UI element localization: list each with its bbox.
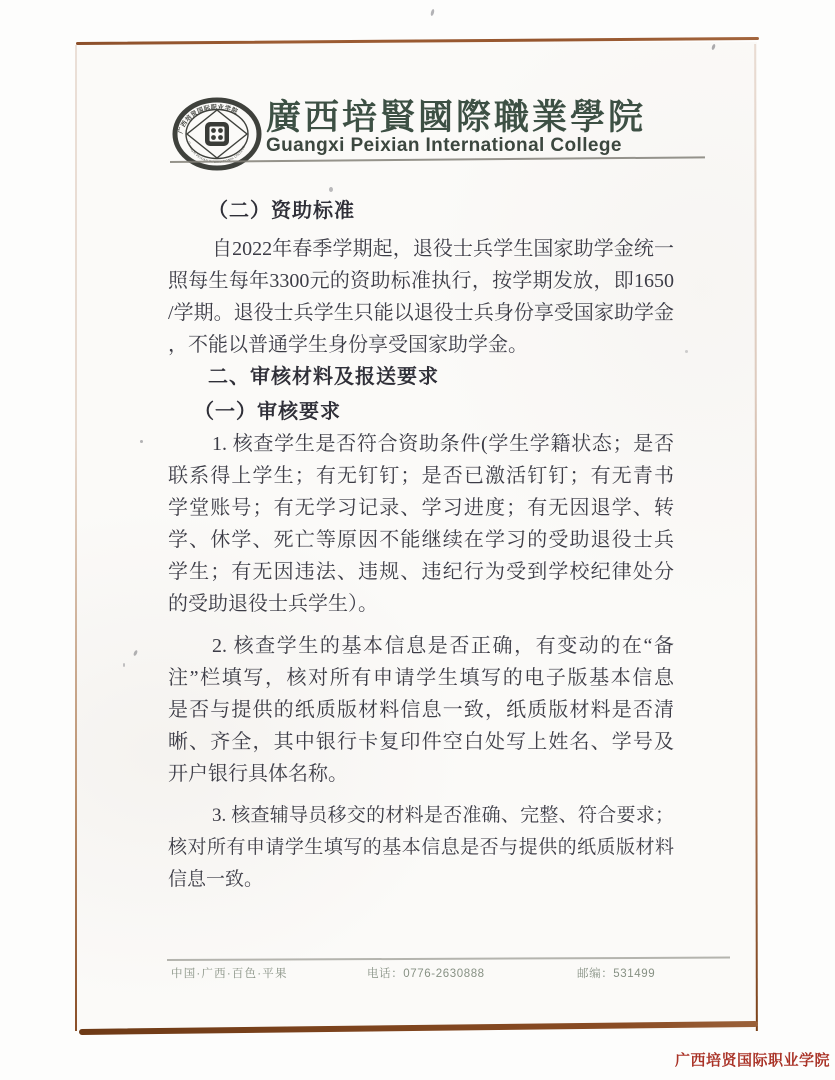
doc-line: 开户银行具体名称。 <box>168 758 674 790</box>
scan-speck <box>685 350 688 353</box>
doc-line: 信息一致。 <box>168 864 674 896</box>
document-body: （二）资助标准 自2022年春季学期起，退役士兵学生国家助学金统一按 照每生每年… <box>168 195 674 896</box>
doc-line: 核对所有申请学生填写的基本信息是否与提供的纸质版材料 <box>168 832 674 864</box>
footer-postcode: 邮编：531499 <box>577 965 655 981</box>
doc-line: 注”栏填写，核对所有申请学生填写的电子版基本信息 <box>168 662 674 694</box>
section-heading-review-requirements: （一）审核要求 <box>168 396 674 428</box>
college-name-en: Guangxi Peixian International College <box>266 135 666 157</box>
doc-line: 是否与提供的纸质版材料信息一致，纸质版材料是否清 <box>168 694 674 726</box>
doc-line: 自2022年春季学期起，退役士兵学生国家助学金统一按 <box>168 233 674 265</box>
doc-line: 学堂账号；有无学习记录、学习进度；有无因退学、转 <box>168 492 674 524</box>
section-heading-review-materials: 二、审核材料及报送要求 <box>168 361 674 393</box>
scan-speck <box>430 9 435 17</box>
section-heading-subsidy-standard: （二）资助标准 <box>168 195 674 227</box>
doc-line: 学生；有无因违法、违规、违纪行为受到学校纪律处分 <box>168 556 674 588</box>
scan-speck <box>123 663 125 667</box>
doc-line: 晰、齐全，其中银行卡复印件空白处写上姓名、学号及 <box>168 726 674 758</box>
doc-line: 2. 核查学生的基本信息是否正确，有变动的在“备 <box>168 630 674 662</box>
doc-line: /学期。退役士兵学生只能以退役士兵身份享受国家助学金 <box>168 297 674 329</box>
doc-line: 学、休学、死亡等原因不能继续在学习的受助退役士兵 <box>168 524 674 556</box>
doc-line: 的受助退役士兵学生）。 <box>168 588 674 620</box>
college-name-zh: 廣西培賢國際職業學院 <box>266 90 666 140</box>
doc-line: 3. 核查辅导员移交的材料是否准确、完整、符合要求； <box>168 800 674 832</box>
doc-line: 照每生每年3300元的资助标准执行，按学期发放，即1650元 <box>168 265 674 297</box>
scan-speck <box>329 187 333 192</box>
scan-speck <box>140 440 143 443</box>
doc-line: 1. 核查学生是否符合资助条件(学生学籍状态；是否 <box>168 428 674 460</box>
doc-line: ，不能以普通学生身份享受国家助学金。 <box>168 329 674 361</box>
page-edge-left <box>75 45 77 1031</box>
watermark-college-name: 广西培贤国际职业学院 <box>675 1049 830 1070</box>
doc-line: 联系得上学生；有无钉钉；是否已激活钉钉；有无青书 <box>168 460 674 492</box>
footer-location: 中国·广西·百色·平果 <box>171 965 288 981</box>
footer-phone: 电话：0776-2630888 <box>367 965 485 981</box>
page-edge-right <box>754 44 758 1031</box>
